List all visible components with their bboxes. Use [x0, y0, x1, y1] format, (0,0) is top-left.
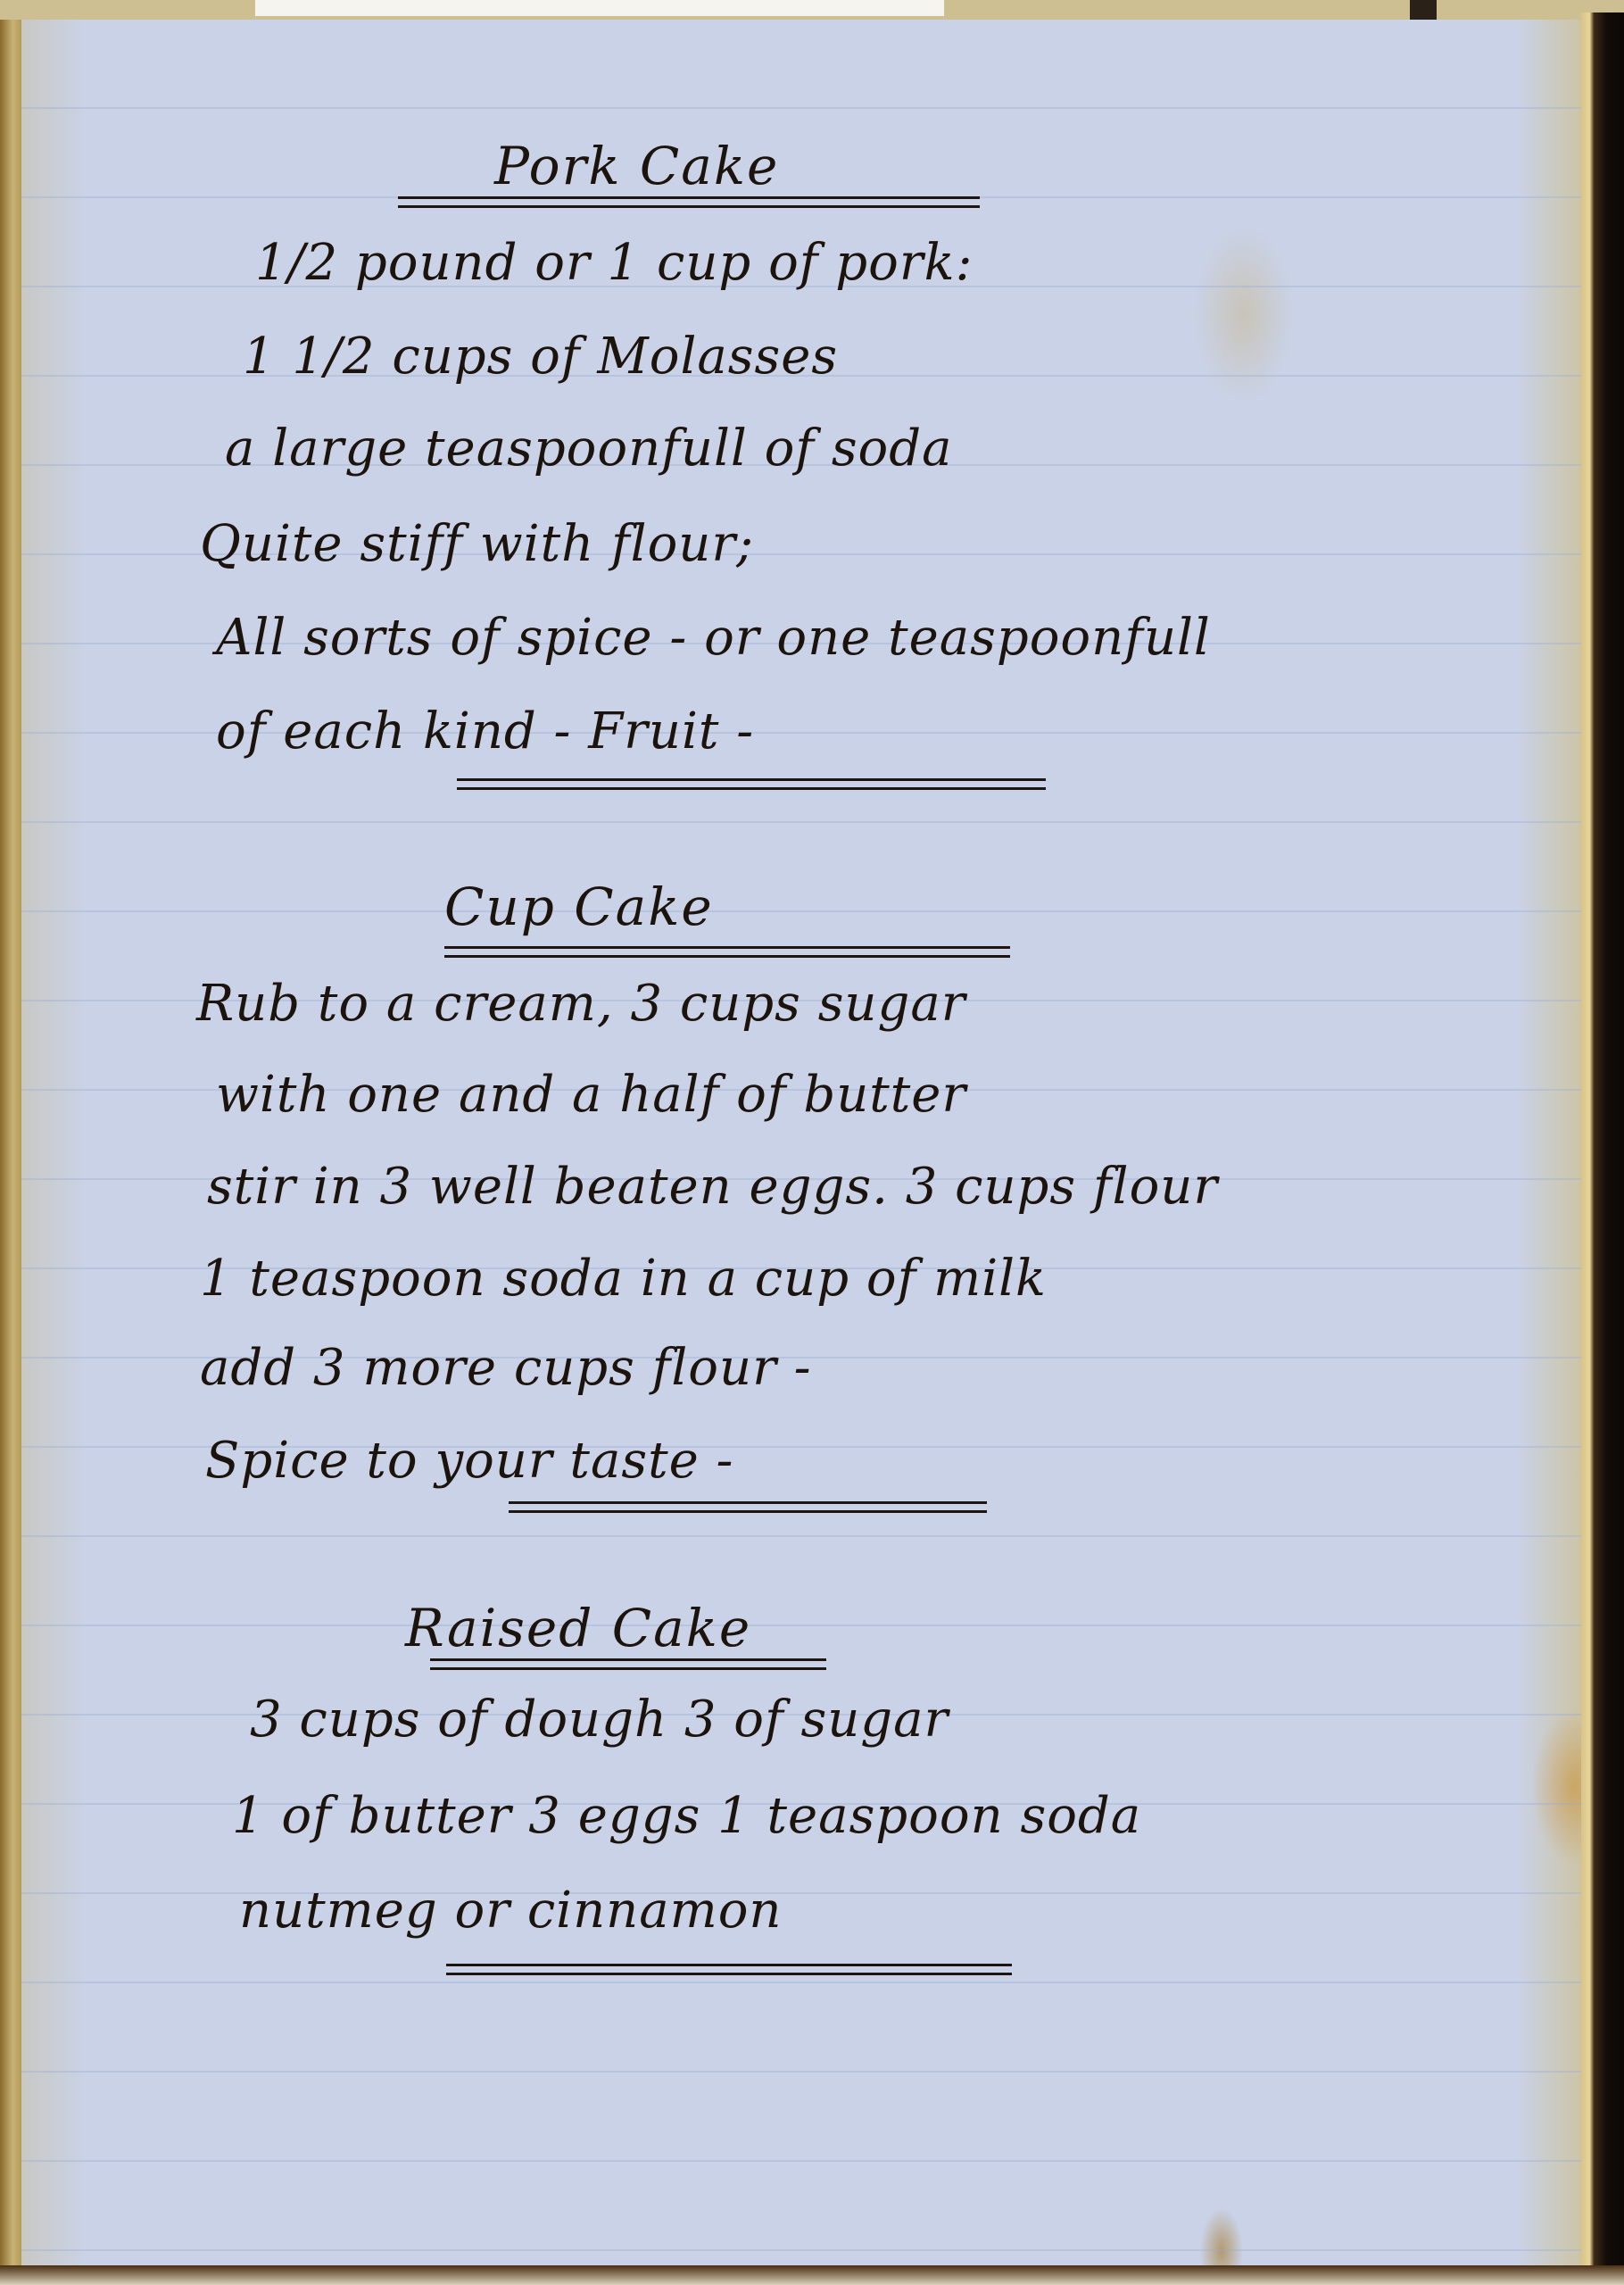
recipe-line: 1 teaspoon soda in a cup of milk — [200, 1250, 1047, 1308]
recipe-line: with one and a half of butter — [216, 1066, 966, 1124]
notebook-page: Pork Cake 1/2 pound or 1 cup of pork: 1 … — [21, 20, 1581, 2265]
book-bottom-edge — [0, 2265, 1624, 2285]
recipe-line: of each kind - Fruit - — [216, 702, 754, 760]
recipe-title: Pork Cake — [494, 136, 779, 196]
book-shadow — [1410, 0, 1437, 20]
section-divider — [509, 1501, 987, 1504]
recipe-line: 1/2 pound or 1 cup of pork: — [255, 234, 973, 292]
section-divider — [457, 778, 1046, 781]
recipe-title: Raised Cake — [405, 1598, 751, 1658]
recipe-line: Quite stiff with flour; — [200, 515, 754, 573]
title-underline — [398, 196, 980, 199]
recipe-line: All sorts of spice - or one teaspoonfull — [216, 609, 1211, 667]
recipe-line: a large teaspoonfull of soda — [225, 420, 953, 478]
page-edges — [1581, 12, 1624, 2285]
recipe-line: Rub to a cream, 3 cups sugar — [196, 975, 966, 1033]
title-underline — [430, 1658, 826, 1661]
recipe-line: 1 of butter 3 eggs 1 teaspoon soda — [232, 1787, 1141, 1845]
recipe-line: add 3 more cups flour - — [200, 1339, 812, 1397]
recipe-line: nutmeg or cinnamon — [239, 1882, 783, 1940]
recipe-line: stir in 3 well beaten eggs. 3 cups flour — [207, 1158, 1218, 1216]
section-divider — [446, 1964, 1012, 1966]
book-spine — [0, 20, 21, 2269]
paper-tab — [255, 0, 944, 16]
recipe-line: 1 1/2 cups of Molasses — [243, 328, 838, 386]
title-underline — [444, 946, 1010, 949]
recipe-line: 3 cups of dough 3 of sugar — [250, 1691, 949, 1749]
recipe-line: Spice to your taste - — [205, 1432, 733, 1490]
recipe-title: Cup Cake — [444, 877, 714, 937]
